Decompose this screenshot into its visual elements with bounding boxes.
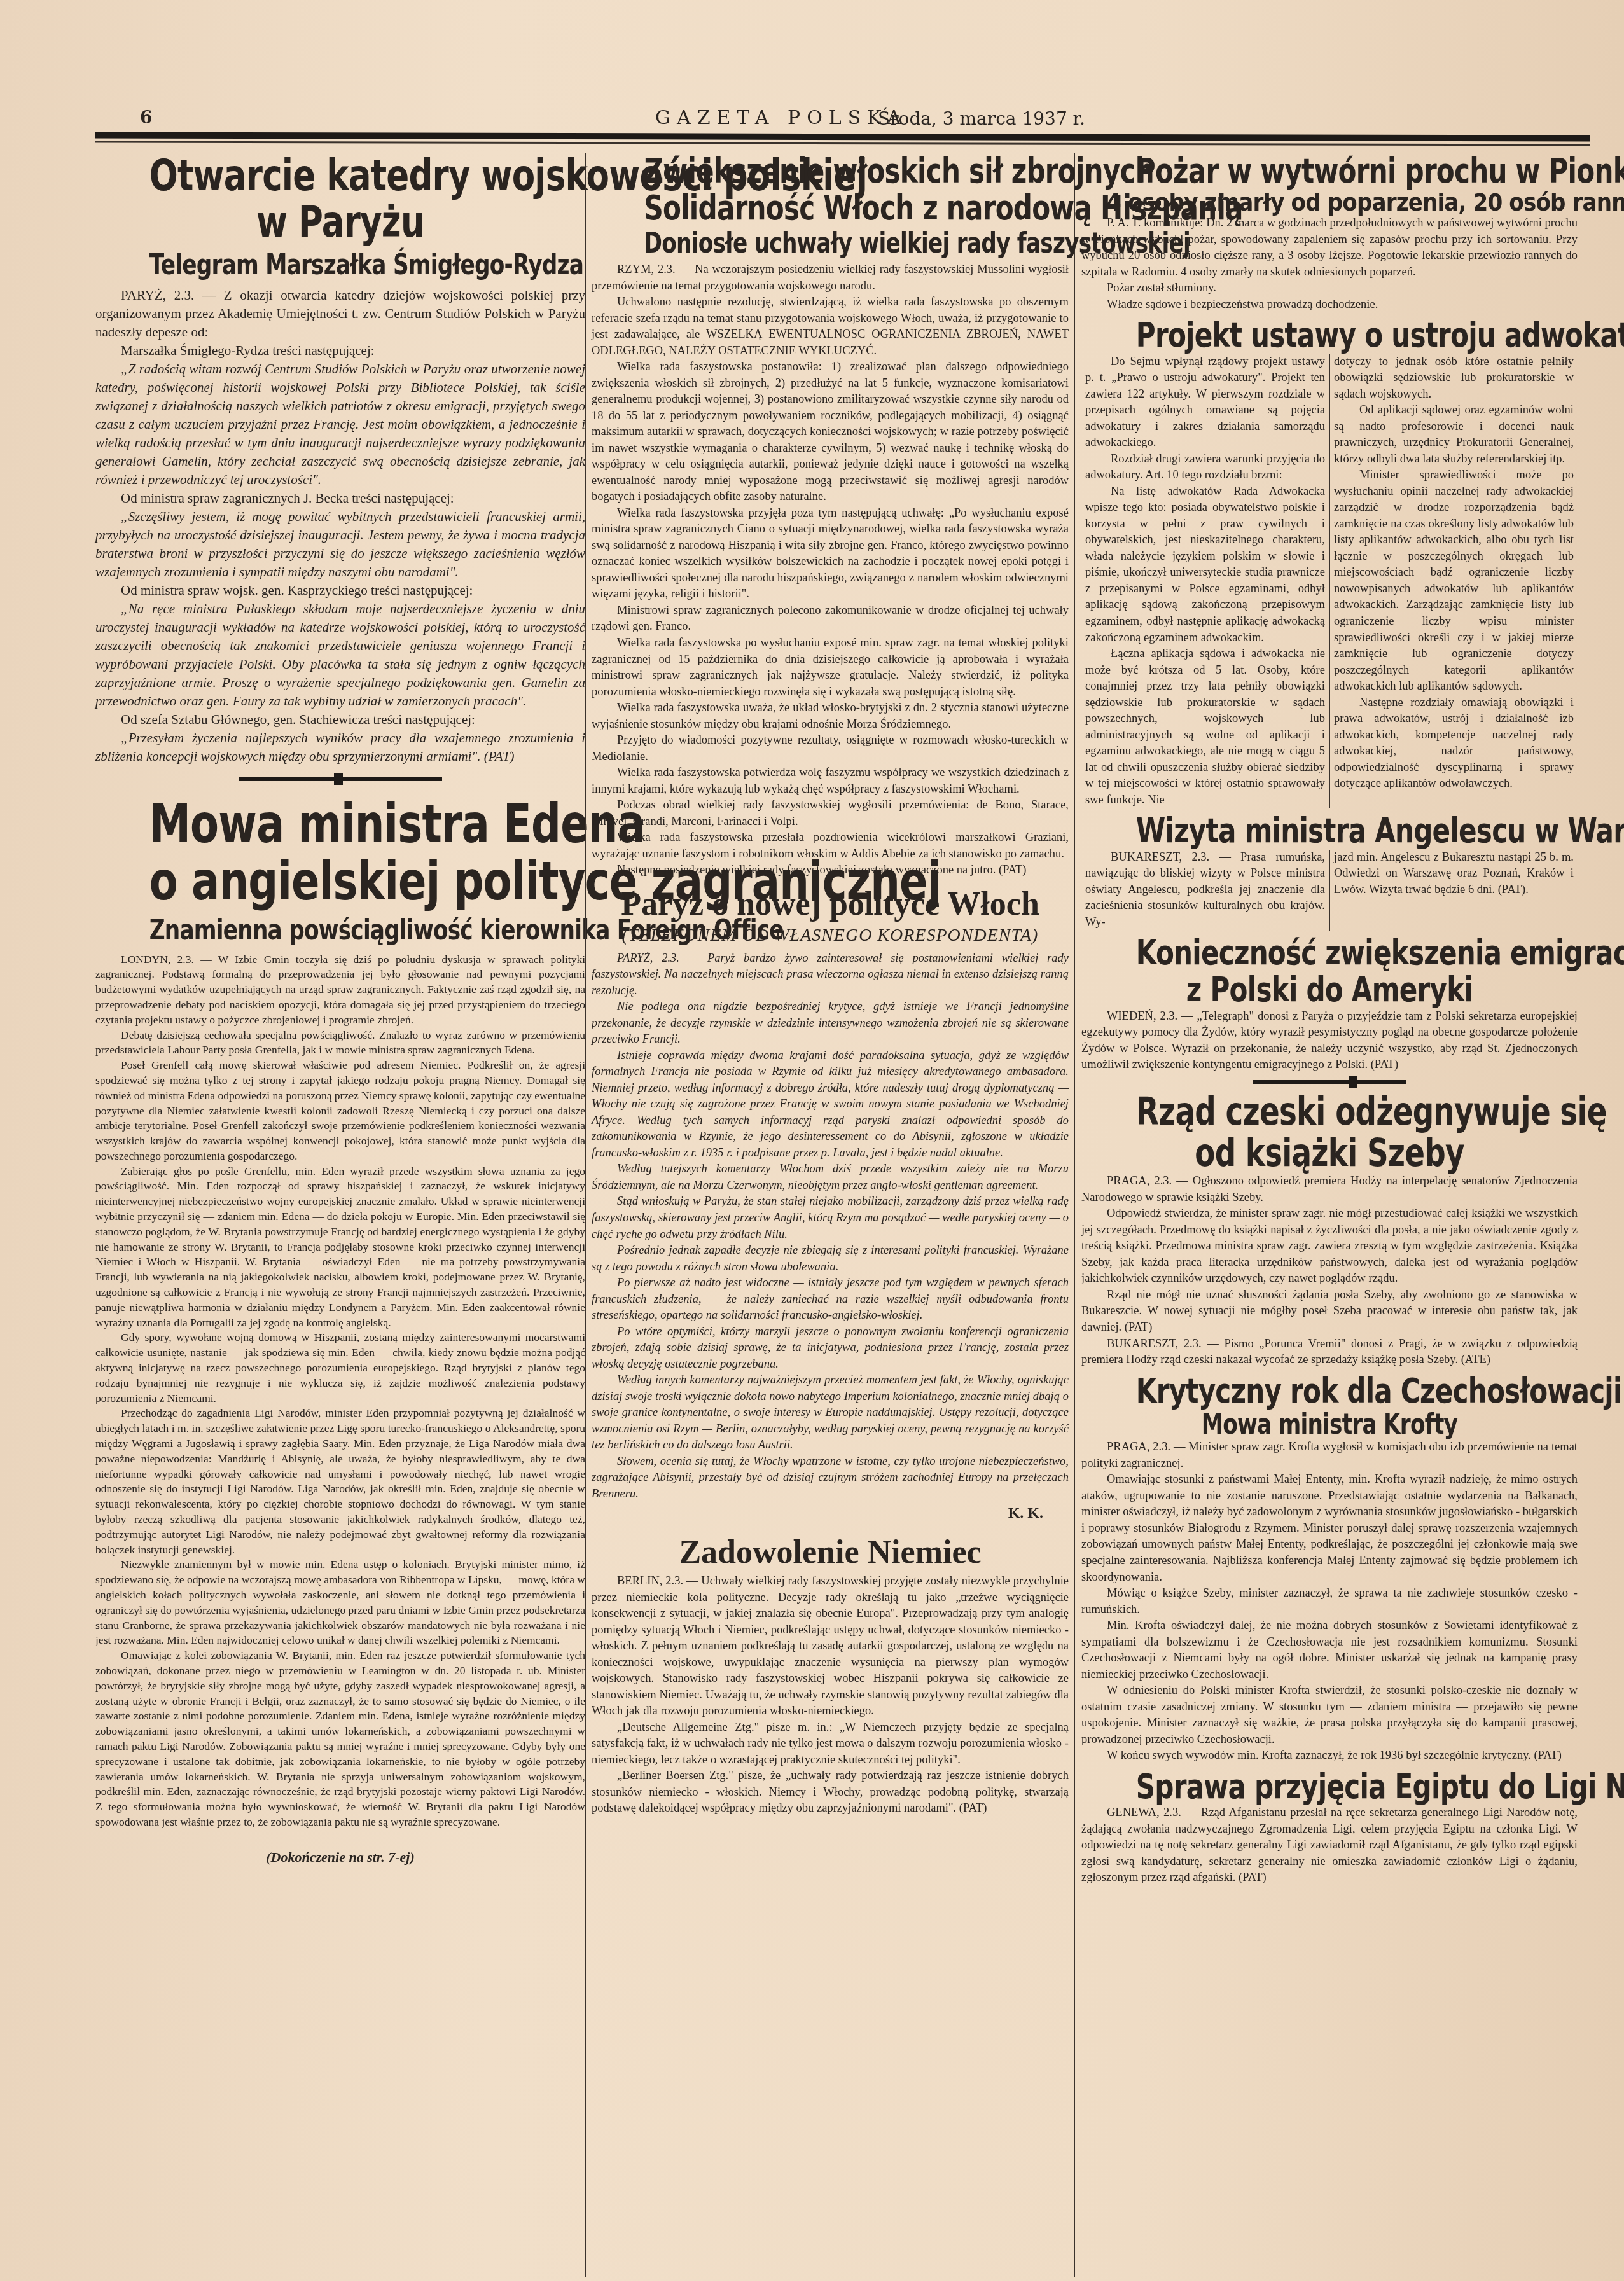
paragraph: Uchwalono następnie rezolucję, stwierdza…	[592, 295, 1069, 359]
article-paryz: Paryż o nowej polityce Włoch (TELEFONEM …	[592, 885, 1069, 1523]
paragraph: Stąd wnioskują w Paryżu, że stan stałej …	[592, 1194, 1069, 1243]
subcolumn-a: Do Sejmu wpłynął rządowy projekt ustawy …	[1081, 354, 1329, 808]
article-czechoslowacja: Krytyczny rok dla Czechosłowacji Mowa mi…	[1081, 1373, 1578, 1764]
paragraph: Wielka rada faszystowska przyjęła poza t…	[592, 506, 1069, 603]
column-left: Otwarcie katedry wojskowości polskiej w …	[95, 153, 585, 1866]
paragraph: W odniesieniu do Polski minister Krofta …	[1081, 1683, 1578, 1748]
paragraph: Władze sądowe i bezpieczeństwa prowadzą …	[1081, 297, 1578, 314]
paragraph: Według innych komentarzy najważniejszym …	[592, 1373, 1069, 1454]
paragraph: RZYM, 2.3. — Na wczorajszym posiedzeniu …	[592, 262, 1069, 295]
paragraph: GENEWA, 2.3. — Rząd Afganistanu przesłał…	[1081, 1805, 1578, 1887]
paragraph: Po wtóre optymiści, którzy marzyli jeszc…	[592, 1324, 1069, 1373]
paragraph: Min. Krofta oświadczył dalej, że nie moż…	[1081, 1618, 1578, 1683]
paragraph: Po pierwsze aż nadto jest widoczne — ist…	[592, 1275, 1069, 1324]
article-body: PRAGA, 2.3. — Ogłoszono odpowiedź premie…	[1081, 1174, 1578, 1368]
headline: Projekt ustawy o ustroju adwokatury	[1136, 317, 1523, 354]
author-signature: K. K.	[592, 1505, 1043, 1522]
subheadline: Doniosłe uchwały wielkiej rady faszystow…	[644, 228, 1017, 259]
article-pionki: Pożar w wytwórni prochu w Pionkach 4 oso…	[1081, 153, 1578, 313]
masthead-rule-thin	[95, 141, 1590, 146]
paragraph: Łączna aplikacja sądowa i adwokacka nie …	[1085, 646, 1325, 808]
paragraph: Rząd nie mógł nie uznać słuszności żądan…	[1081, 1287, 1578, 1336]
paragraph: Odpowiedź stwierdza, że minister spraw z…	[1081, 1206, 1578, 1287]
subheadline: 4 osoby zmarły od poparzenia, 20 osób ra…	[1106, 190, 1553, 216]
headline-line2: Solidarność Włoch z narodową Hiszpanią	[644, 190, 1017, 226]
article-katedra: Otwarcie katedry wojskowości polskiej w …	[95, 153, 585, 766]
column-middle: Zwiększenie włoskich sił zbrojnych Solid…	[585, 153, 1075, 2277]
page-number: 6	[140, 107, 152, 128]
paragraph: Zabierając głos po pośle Grenfellu, min.…	[95, 1164, 585, 1331]
byline: (TELEFONEM OD WŁASNEGO KORESPONDENTA)	[592, 926, 1069, 946]
paragraph: Nie podlega ona nigdzie bezpośredniej kr…	[592, 999, 1069, 1048]
paragraph: jazd min. Angelescu z Bukaresztu nastąpi…	[1334, 850, 1574, 899]
paragraph: Rozdział drugi zawiera warunki przyjęcia…	[1085, 452, 1325, 484]
section-divider	[239, 777, 442, 781]
article-body: LONDYN, 2.3. — W Izbie Gmin toczyła się …	[95, 952, 585, 1830]
continuation-note: (Dokończenie na str. 7-ej)	[95, 1849, 585, 1866]
article-eden: Mowa ministra Edena o angielskiej polity…	[95, 795, 585, 1866]
paragraph: Według tutejszych komentarzy Włochom dzi…	[592, 1161, 1069, 1194]
article-body-two-column: Do Sejmu wpłynął rządowy projekt ustawy …	[1081, 354, 1578, 808]
article-body: BERLIN, 2.3. — Uchwały wielkiej rady fas…	[592, 1574, 1069, 1817]
headline-line2: od książki Szeby	[1136, 1133, 1523, 1174]
headline: Paryż o nowej polityce Włoch	[592, 885, 1069, 923]
subcolumn-b: dotyczy to jednak osób które ostatnie pe…	[1329, 354, 1578, 808]
article-body: RZYM, 2.3. — Na wczorajszym posiedzeniu …	[592, 262, 1069, 879]
paragraph: Omawiając z kolei zobowiązania W. Brytan…	[95, 1648, 585, 1830]
paper-name: GAZETA POLSKA	[655, 107, 907, 129]
issue-date: Środa, 3 marca 1937 r.	[878, 108, 1085, 129]
paragraph: Poseł Grenfell całą mowę skierował właśc…	[95, 1058, 585, 1164]
article-body-two-column: BUKARESZT, 2.3. — Prasa rumuńska, nawiąz…	[1081, 850, 1578, 931]
masthead: 6 GAZETA POLSKA Środa, 3 marca 1937 r.	[95, 107, 1590, 132]
paragraph: Przyjęto do wiadomości pozytywne rezulta…	[592, 733, 1069, 765]
article-body: PRAGA, 2.3. — Minister spraw zagr. Kroft…	[1081, 1439, 1578, 1764]
headline: Mowa ministra Edena	[149, 795, 532, 853]
paragraph: Wielka rada faszystowska uważa, że układ…	[592, 700, 1069, 733]
paragraph: Od aplikacji sądowej oraz egzaminów woln…	[1334, 403, 1574, 468]
paragraph: Przechodząc do zagadnienia Ligi Narodów,…	[95, 1406, 585, 1557]
article-niemcy: Zadowolenie Niemiec BERLIN, 2.3. — Uchwa…	[592, 1534, 1069, 1817]
paragraph: LONDYN, 2.3. — W Izbie Gmin toczyła się …	[95, 952, 585, 1028]
paragraph: Gdy spory, wywołane wojną domową w Hiszp…	[95, 1330, 585, 1406]
article-body: PARYŻ, 2.3. — Z okazji otwarcia katedry …	[95, 286, 585, 765]
paragraph: „Deutsche Allgemeine Ztg." pisze m. in.:…	[592, 1720, 1069, 1769]
paragraph: Mówiąc o książce Szeby, minister zaznacz…	[1081, 1586, 1578, 1618]
paragraph: Od szefa Sztabu Głównego, gen. Stachiewi…	[95, 711, 585, 729]
paragraph: PARYŻ, 2.3. — Paryż bardzo żywo zaintere…	[592, 951, 1069, 1000]
paragraph: dotyczy to jednak osób które ostatnie pe…	[1334, 354, 1574, 403]
paragraph: Podczas obrad wielkiej rady faszystowski…	[592, 798, 1069, 830]
paragraph: Marszałka Śmigłego-Rydza treści następuj…	[95, 342, 585, 360]
headline-line2: o angielskiej polityce zagranicznej	[149, 852, 532, 910]
paragraph: PRAGA, 2.3. — Ogłoszono odpowiedź premie…	[1081, 1174, 1578, 1206]
subheadline: Telegram Marszałka Śmigłego-Rydza	[149, 250, 532, 281]
article-body: GENEWA, 2.3. — Rząd Afganistanu przesłał…	[1081, 1805, 1578, 1887]
paragraph: W końcu swych wywodów min. Krofta zaznac…	[1081, 1748, 1578, 1764]
headline: Rząd czeski odżegnywuje się	[1136, 1092, 1523, 1133]
article-wlochy: Zwiększenie włoskich sił zbrojnych Solid…	[592, 153, 1069, 879]
headline-line2: z Polski do Ameryki	[1136, 971, 1523, 1008]
headline: Sprawa przyjęcia Egiptu do Ligi Narodów	[1136, 1768, 1523, 1805]
headline-line2: w Paryżu	[149, 199, 532, 246]
paragraph: Od ministra spraw zagranicznych J. Becka…	[95, 489, 585, 508]
paragraph: Do Sejmu wpłynął rządowy projekt ustawy …	[1085, 354, 1325, 452]
paragraph: Wielka rada faszystowska postanowiła: 1)…	[592, 359, 1069, 506]
article-body: WIEDEŃ, 2.3. — „Telegraph" donosi z Pary…	[1081, 1009, 1578, 1074]
quote: „Na ręce ministra Pułaskiego składam moj…	[95, 600, 585, 711]
headline: Zwiększenie włoskich sił zbrojnych	[644, 153, 1017, 190]
paragraph: Niezwykle znamiennym był w mowie min. Ed…	[95, 1557, 585, 1648]
newspaper-page: 6 GAZETA POLSKA Środa, 3 marca 1937 r. O…	[0, 0, 1624, 2281]
quote: „Szczęśliwy jestem, iż mogę powitać wybi…	[95, 508, 585, 581]
headline: Otwarcie katedry wojskowości polskiej	[149, 153, 532, 199]
article-body: P. A. T. komunikuje: Dn. 2 marca w godzi…	[1081, 216, 1578, 313]
headline: Krytyczny rok dla Czechosłowacji	[1136, 1373, 1523, 1410]
section-divider	[1253, 1080, 1406, 1084]
paragraph: Na listę adwokatów Rada Adwokacka wpisze…	[1085, 484, 1325, 646]
paragraph: Omawiając stosunki z państwami Małej Ent…	[1081, 1472, 1578, 1586]
masthead-rule-thick	[95, 132, 1590, 142]
article-emigracja: Konieczność zwiększenia emigracji Żydów …	[1081, 934, 1578, 1074]
paragraph: Ministrowi spraw zagranicznych polecono …	[592, 603, 1069, 635]
column-right: Pożar w wytwórni prochu w Pionkach 4 oso…	[1081, 153, 1578, 1890]
paragraph: „Berliner Boersen Ztg." pisze, że „uchwa…	[592, 1768, 1069, 1817]
paragraph: PARYŻ, 2.3. — Z okazji otwarcia katedry …	[95, 286, 585, 342]
paragraph: Wielka rada faszystowska przesłała pozdr…	[592, 830, 1069, 863]
subheadline: Znamienna powściągliwość kierownika Fore…	[149, 915, 532, 946]
paragraph: BUKARESZT, 2.3. — Prasa rumuńska, nawiąz…	[1085, 850, 1325, 931]
paragraph: Minister sprawiedliwości może po wysłuch…	[1334, 468, 1574, 695]
article-angelescu: Wizyta ministra Angelescu w Warszawie BU…	[1081, 812, 1578, 931]
paragraph: Pożar został stłumiony.	[1081, 281, 1578, 297]
quote: „Z radością witam rozwój Centrum Studiów…	[95, 360, 585, 489]
paragraph: Wielka rada faszystowska potwierdza wolę…	[592, 765, 1069, 798]
paragraph: Następne posiedzenie wielkiej rady faszy…	[592, 863, 1069, 879]
article-egipt: Sprawa przyjęcia Egiptu do Ligi Narodów …	[1081, 1768, 1578, 1887]
headline: Wizyta ministra Angelescu w Warszawie	[1136, 812, 1523, 849]
paragraph: Pośrednio jednak zapadłe decyzje nie zbi…	[592, 1243, 1069, 1275]
paragraph: BUKARESZT, 2.3. — Pismo „Porunca Vremii"…	[1081, 1336, 1578, 1369]
quote: „Przesyłam życzenia najlepszych wyników …	[95, 729, 585, 766]
article-szeba: Rząd czeski odżegnywuje się od książki S…	[1081, 1092, 1578, 1369]
article-body: PARYŻ, 2.3. — Paryż bardzo żywo zaintere…	[592, 951, 1069, 1503]
paragraph: Następne rozdziały omawiają obowiązki i …	[1334, 695, 1574, 793]
paragraph: Debatę dzisiejszą cechowała specjalna po…	[95, 1028, 585, 1058]
paragraph: Istnieje coprawda między dwoma krajami d…	[592, 1048, 1069, 1162]
subheadline: Mowa ministra Krofty	[1136, 1410, 1523, 1440]
article-adwokatura: Projekt ustawy o ustroju adwokatury Do S…	[1081, 317, 1578, 808]
paragraph: BERLIN, 2.3. — Uchwały wielkiej rady fas…	[592, 1574, 1069, 1720]
subcolumn-b: jazd min. Angelescu z Bukaresztu nastąpi…	[1329, 850, 1578, 931]
paragraph: PRAGA, 2.3. — Minister spraw zagr. Kroft…	[1081, 1439, 1578, 1472]
headline: Zadowolenie Niemiec	[592, 1534, 1069, 1571]
paragraph: WIEDEŃ, 2.3. — „Telegraph" donosi z Pary…	[1081, 1009, 1578, 1074]
paragraph: Od ministra spraw wojsk. gen. Kasprzycki…	[95, 581, 585, 600]
paragraph: Słowem, ocenia się tutaj, że Włochy wpat…	[592, 1454, 1069, 1503]
paragraph: Wielka rada faszystowska po wysłuchaniu …	[592, 635, 1069, 700]
headline: Konieczność zwiększenia emigracji Żydów	[1136, 934, 1523, 971]
paragraph: P. A. T. komunikuje: Dn. 2 marca w godzi…	[1081, 216, 1578, 281]
headline: Pożar w wytwórni prochu w Pionkach	[1136, 153, 1523, 190]
subcolumn-a: BUKARESZT, 2.3. — Prasa rumuńska, nawiąz…	[1081, 850, 1329, 931]
